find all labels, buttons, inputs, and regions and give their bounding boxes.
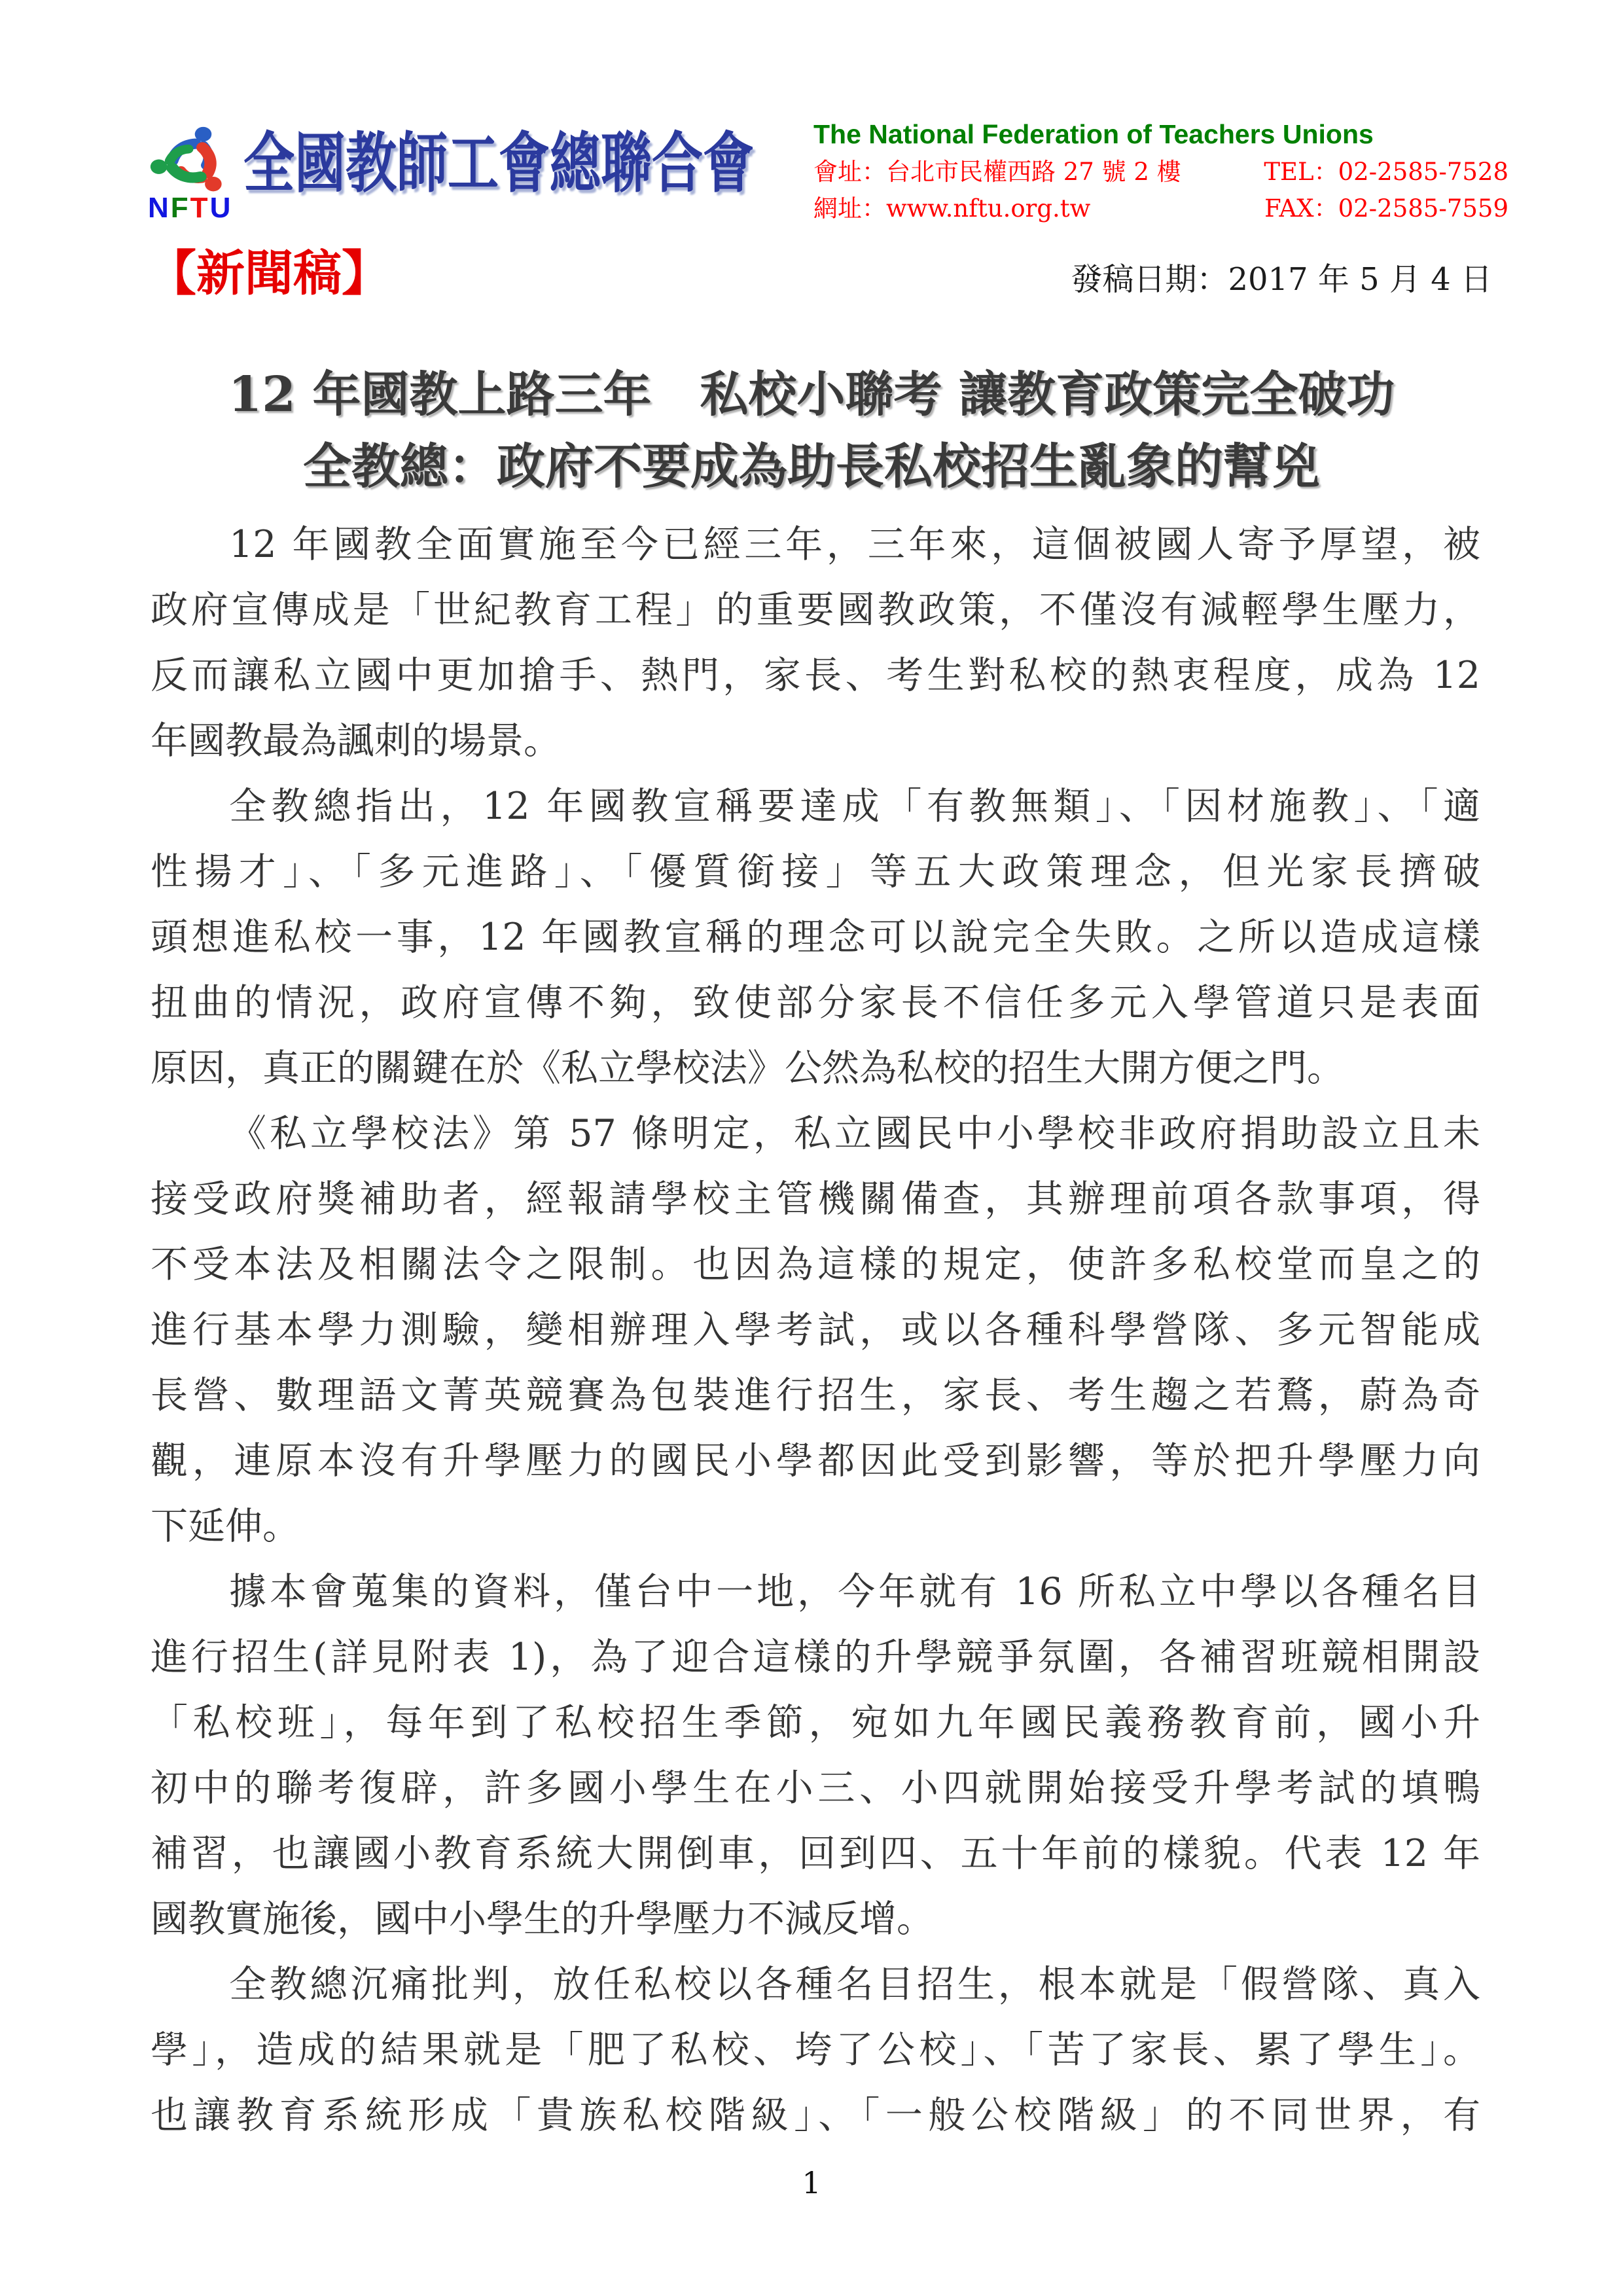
body-line: 年國教最為諷刺的場景。 <box>151 708 1480 774</box>
headline-line-1: 12 年國教上路三年 私校小聯考 讓教育政策完全破功 <box>124 359 1499 431</box>
body-line: 接受政府獎補助者，經報請學校主管機關備查，其辦理前項各款事項，得 <box>151 1166 1480 1232</box>
body-line: 觀，連原本沒有升學壓力的國民小學都因此受到影響，等於把升學壓力向 <box>151 1428 1480 1494</box>
body-line: 進行基本學力測驗，變相辦理入學考試，或以各種科學營隊、多元智能成 <box>151 1297 1480 1363</box>
body-line: 全教總沉痛批判，放任私校以各種名目招生，根本就是「假營隊、真入 <box>151 1952 1480 2017</box>
address-text: 會址：台北市民權西路 27 號 2 樓 <box>813 159 1181 185</box>
body-line: 國教實施後，國中小學生的升學壓力不減反增。 <box>151 1886 1480 1952</box>
body-line: 頭想進私校一事，12 年國教宣稱的理念可以說完全失敗。之所以造成這樣 <box>151 905 1480 970</box>
body-line: 反而讓私立國中更加搶手、熱門，家長、考生對私校的熱衷程度，成為 12 <box>151 643 1480 708</box>
fax-text: FAX：02-2585-7559 <box>1264 196 1508 222</box>
headline: 12 年國教上路三年 私校小聯考 讓教育政策完全破功 全教總：政府不要成為助長私… <box>124 359 1499 503</box>
body-line: 下延伸。 <box>151 1494 1480 1559</box>
body-line: 原因，真正的關鍵在於《私立學校法》公然為私校的招生大開方便之門。 <box>151 1035 1480 1101</box>
org-name-english: The National Federation of Teachers Unio… <box>813 120 1508 149</box>
body-line: 全教總指出，12 年國教宣稱要達成「有教無類」、「因材施教」、「適 <box>151 774 1480 839</box>
nftu-letter: T <box>190 192 210 224</box>
body-line: 「私校班」，每年到了私校招生季節，宛如九年國民義務教育前，國小升 <box>151 1690 1480 1755</box>
press-release-page: NFTU 全國教師工會總聯合會 The National Federation … <box>0 0 1623 2296</box>
nftu-letter: F <box>171 192 190 224</box>
paragraph: 《私立學校法》第 57 條明定，私立國民中小學校非政府捐助設立且未 接受政府獎補… <box>151 1101 1480 1559</box>
body-line: 初中的聯考復辟，許多國小學生在小三、小四就開始接受升學考試的填鴨 <box>151 1755 1480 1821</box>
paragraph: 全教總指出，12 年國教宣稱要達成「有教無類」、「因材施教」、「適 性揚才」、「… <box>151 774 1480 1101</box>
body-line: 補習，也讓國小教育系統大開倒車，回到四、五十年前的樣貌。代表 12 年 <box>151 1821 1480 1886</box>
paragraph: 據本會蒐集的資料，僅台中一地，今年就有 16 所私立中學以各種名目 進行招生(詳… <box>151 1559 1480 1952</box>
org-name-chinese: 全國教師工會總聯合會 <box>243 124 754 202</box>
body-line: 政府宣傳成是「世紀教育工程」的重要國教政策，不僅沒有減輕學生壓力， <box>151 577 1480 643</box>
body-line: 學」，造成的結果就是「肥了私校、垮了公校」、「苦了家長、累了學生」。 <box>151 2017 1480 2083</box>
paragraph: 全教總沉痛批判，放任私校以各種名目招生，根本就是「假營隊、真入 學」，造成的結果… <box>151 1952 1480 2148</box>
headline-line-2: 全教總：政府不要成為助長私校招生亂象的幫兇 <box>124 431 1499 503</box>
article-body: 12 年國教全面實施至今已經三年，三年來，這個被國人寄予厚望，被 政府宣傳成是「… <box>151 512 1480 2148</box>
release-date: 發稿日期：2017 年 5 月 4 日 <box>1071 262 1492 297</box>
body-line: 12 年國教全面實施至今已經三年，三年來，這個被國人寄予厚望，被 <box>151 512 1480 577</box>
body-line: 也讓教育系統形成「貴族私校階級」、「一般公校階級」的不同世界，有 <box>151 2083 1480 2148</box>
body-line: 扭曲的情況，政府宣傳不夠，致使部分家長不信任多元入學管道只是表面 <box>151 970 1480 1035</box>
body-line: 長營、數理語文菁英競賽為包裝進行招生，家長、考生趨之若鶩，蔚為奇 <box>151 1363 1480 1428</box>
header-contact-block: The National Federation of Teachers Unio… <box>813 120 1508 222</box>
nftu-letter: U <box>210 192 233 224</box>
page-number: 1 <box>0 2165 1623 2200</box>
nftu-people-triskelion-icon <box>145 118 238 199</box>
contact-row-address-tel: 會址：台北市民權西路 27 號 2 樓 TEL：02-2585-7528 <box>813 159 1508 185</box>
paragraph: 12 年國教全面實施至今已經三年，三年來，這個被國人寄予厚望，被 政府宣傳成是「… <box>151 512 1480 774</box>
body-line: 《私立學校法》第 57 條明定，私立國民中小學校非政府捐助設立且未 <box>151 1101 1480 1166</box>
press-release-label: 【新聞稿】 <box>148 247 390 300</box>
nftu-acronym: NFTU <box>148 194 246 223</box>
tel-text: TEL：02-2585-7528 <box>1264 159 1508 185</box>
body-line: 不受本法及相關法令之限制。也因為這樣的規定，使許多私校堂而皇之的 <box>151 1232 1480 1297</box>
nftu-letter: N <box>148 192 171 224</box>
body-line: 據本會蒐集的資料，僅台中一地，今年就有 16 所私立中學以各種名目 <box>151 1559 1480 1624</box>
body-line: 進行招生(詳見附表 1)，為了迎合這樣的升學競爭氛圍，各補習班競相開設 <box>151 1624 1480 1690</box>
contact-row-web-fax: 網址：www.nftu.org.tw FAX：02-2585-7559 <box>813 196 1508 222</box>
website-text: 網址：www.nftu.org.tw <box>813 196 1090 222</box>
body-line: 性揚才」、「多元進路」、「優質銜接」等五大政策理念，但光家長擠破 <box>151 839 1480 905</box>
